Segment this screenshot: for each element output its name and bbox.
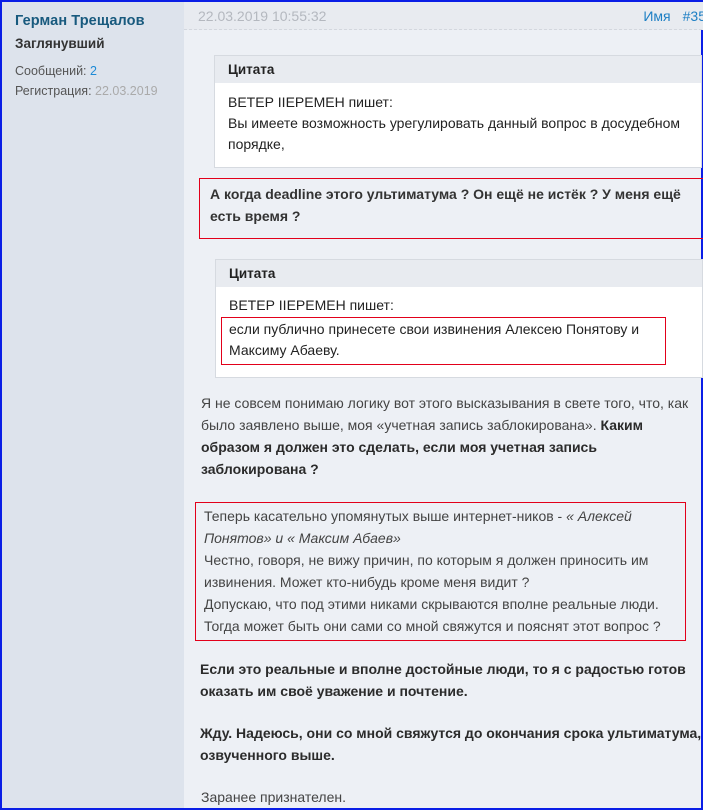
- paragraph-line: Допускаю, что под этими никами скрываютс…: [204, 593, 677, 615]
- author-rank: Заглянувший: [15, 35, 184, 53]
- highlighted-quote-text: если публично принесете свои извинения А…: [221, 317, 666, 365]
- author-sidebar: Герман Трещалов Заглянувший Сообщений: 2…: [2, 2, 184, 808]
- quote-block: Цитата ВЕТЕР IIЕРЕМЕН пишет: Вы имеете в…: [214, 55, 702, 168]
- stat-label: Сообщений:: [15, 64, 87, 78]
- quote-content: ВЕТЕР IIЕРЕМЕН пишет: Вы имеете возможно…: [215, 83, 701, 167]
- post-header: 22.03.2019 10:55:32 Имя #35: [184, 2, 703, 30]
- bold-paragraph: Жду. Надеюсь, они со мной свяжутся до ок…: [200, 722, 703, 766]
- messages-count-link[interactable]: 2: [90, 64, 97, 78]
- paragraph: Я не совсем понимаю логику вот этого выс…: [201, 392, 696, 480]
- stat-label: Регистрация:: [15, 84, 92, 98]
- stat-messages: Сообщений: 2: [15, 61, 184, 81]
- quote-title: Цитата: [216, 260, 702, 287]
- quote-title: Цитата: [215, 56, 701, 83]
- stat-registration: Регистрация: 22.03.2019: [15, 81, 184, 101]
- post-number-link[interactable]: #35: [683, 8, 703, 24]
- bold-paragraph: Если это реальные и вполне достойные люд…: [200, 658, 703, 702]
- forum-post: Герман Трещалов Заглянувший Сообщений: 2…: [0, 0, 703, 810]
- author-name-link[interactable]: Герман Трещалов: [15, 12, 184, 30]
- quote-block: Цитата ВЕТЕР IIЕРЕМЕН пишет: если публич…: [215, 259, 703, 378]
- paragraph-line: Честно, говоря, не вижу причин, по котор…: [204, 549, 677, 593]
- highlighted-paragraph: Теперь касательно упомянутых выше интерн…: [195, 502, 686, 641]
- post-links: Имя #35: [643, 8, 703, 24]
- author-stats: Сообщений: 2 Регистрация: 22.03.2019: [15, 61, 184, 101]
- quote-text: Вы имеете возможность урегулировать данн…: [228, 113, 688, 155]
- highlighted-reply: А когда deadline этого ультиматума ? Он …: [199, 178, 703, 239]
- quote-author-line: ВЕТЕР IIЕРЕМЕН пишет:: [228, 92, 688, 113]
- quote-name-link[interactable]: Имя: [643, 8, 670, 24]
- post-main: 22.03.2019 10:55:32 Имя #35 Цитата ВЕТЕР…: [184, 2, 703, 808]
- post-date: 22.03.2019 10:55:32: [198, 8, 326, 24]
- closing-text: Заранее признателен.: [201, 786, 703, 808]
- post-body: Цитата ВЕТЕР IIЕРЕМЕН пишет: Вы имеете в…: [184, 30, 703, 808]
- quote-content: ВЕТЕР IIЕРЕМЕН пишет: если публично прин…: [216, 287, 702, 377]
- paragraph-intro: Теперь касательно упомянутых выше интерн…: [204, 508, 566, 524]
- registration-date: 22.03.2019: [95, 84, 158, 98]
- paragraph-line: Тогда может быть они сами со мной свяжут…: [204, 615, 677, 637]
- quote-author-line: ВЕТЕР IIЕРЕМЕН пишет:: [221, 295, 689, 316]
